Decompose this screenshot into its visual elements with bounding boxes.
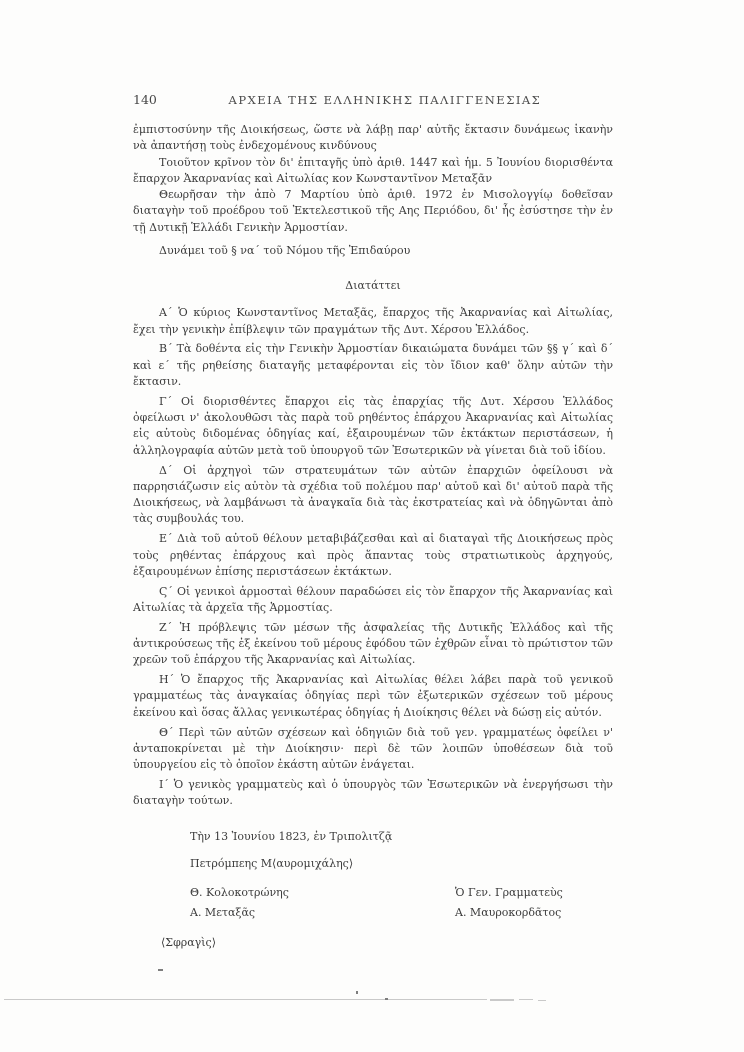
article-d: Δ΄ Οἱ ἀρχηγοὶ τῶν στρατευμάτων τῶν αὐτῶν… <box>133 463 613 528</box>
signature-metaxas: Α. Μεταξᾶς <box>190 905 255 921</box>
scan-speck <box>356 991 358 994</box>
article-e-label: Ε΄ <box>159 532 173 545</box>
article-th: Θ΄ Περὶ τῶν αὐτῶν σχέσεων καὶ ὁδηγιῶν δι… <box>133 725 613 774</box>
article-d-text: Οἱ ἀρχηγοὶ τῶν στρατευμάτων τῶν αὐτῶν ἐπ… <box>133 464 613 526</box>
decree-heading: Διατάττει <box>133 279 613 292</box>
article-th-text: Περὶ τῶν αὐτῶν σχέσεων καὶ ὁδηγιῶν διὰ τ… <box>133 726 613 772</box>
article-st: Ϛ΄ Οἱ γενικοὶ ἁρμοσταὶ θέλουν παραδώσει … <box>133 584 613 617</box>
scan-line-artifact <box>4 999 487 1000</box>
article-h-text: Ὁ ἔπαρχος τῆς Ἀκαρνανίας καὶ Αἰτωλίας θέ… <box>133 673 613 719</box>
signature-row-1: Θ. Κολοκοτρώνης Ὁ Γεν. Γραμματεὺς <box>133 885 613 901</box>
article-h: Η΄ Ὁ ἔπαρχος τῆς Ἀκαρνανίας καὶ Αἰτωλίας… <box>133 672 613 721</box>
article-b: Β΄ Τὰ δοθέντα εἰς τὴν Γενικὴν Ἁρμοστίαν … <box>133 341 613 390</box>
signature-kolokotronis: Θ. Κολοκοτρώνης <box>190 885 289 901</box>
article-st-text: Οἱ γενικοὶ ἁρμοσταὶ θέλουν παραδώσει εἰς… <box>133 585 613 614</box>
article-h-label: Η΄ <box>159 673 174 686</box>
article-e: Ε΄ Διὰ τοῦ αὐτοῦ θέλουν μεταβιβάζεσθαι κ… <box>133 531 613 580</box>
preamble-paragraph-2: Τοιοῦτον κρῖνον τὸν δι' ἐπιταγῆς ὑπὸ ἀρι… <box>133 155 613 188</box>
article-i-label: Ι΄ <box>159 778 169 791</box>
article-g-label: Γ΄ <box>159 395 172 408</box>
article-z-text: Ἡ πρόβλεψις τῶν μέσων τῆς ἀσφαλείας τῆς … <box>133 621 613 667</box>
seal-note: ⟨Σφραγὶς⟩ <box>133 935 613 951</box>
article-b-label: Β΄ <box>159 342 173 355</box>
article-d-label: Δ΄ <box>159 464 172 477</box>
scan-line-artifact <box>490 999 514 1001</box>
article-i: Ι΄ Ὁ γενικὸς γραμματεὺς καὶ ὁ ὑπουργὸς τ… <box>133 777 613 810</box>
date-place-line: Τὴν 13 Ἰουνίου 1823, ἐν Τριπολιτζᾷ <box>133 829 613 845</box>
article-a-text: Ὁ κύριος Κωνσταντῖνος Μεταξᾶς, ἔπαρχος τ… <box>133 306 613 335</box>
scan-line-artifact <box>519 999 533 1000</box>
signature-mavrokordatos: Α. Μαυροκορδᾶτος <box>455 905 613 921</box>
preamble-paragraph-1: ἐμπιστοσύνην τῆς Διοικήσεως, ὥστε νὰ λάβ… <box>133 122 613 155</box>
article-st-label: Ϛ΄ <box>159 585 173 598</box>
article-i-text: Ὁ γενικὸς γραμματεὺς καὶ ὁ ὑπουργὸς τῶν … <box>133 778 613 807</box>
article-e-text: Διὰ τοῦ αὐτοῦ θέλουν μεταβιβάζεσθαι καὶ … <box>133 532 613 578</box>
preamble-paragraph-3: Θεωρῆσαν τὴν ἀπὸ 7 Μαρτίου ὑπὸ ἀριθ. 197… <box>133 187 613 236</box>
signature-row-2: Α. Μεταξᾶς Α. Μαυροκορδᾶτος <box>133 905 613 921</box>
article-a: Α΄ Ὁ κύριος Κωνσταντῖνος Μεταξᾶς, ἔπαρχο… <box>133 305 613 338</box>
scan-speck <box>385 998 388 1000</box>
scan-line-artifact <box>538 1000 546 1001</box>
preamble-paragraph-4: Δυνάμει τοῦ § να΄ τοῦ Νόμου τῆς Ἐπιδαύρο… <box>133 243 613 259</box>
article-b-text: Τὰ δοθέντα εἰς τὴν Γενικὴν Ἁρμοστίαν δικ… <box>133 342 613 388</box>
signature-gen-secretary-title: Ὁ Γεν. Γραμματεὺς <box>455 885 613 901</box>
page-number: 140 <box>133 92 157 107</box>
article-th-label: Θ΄ <box>159 726 174 739</box>
article-z: Ζ΄ Ἡ πρόβλεψις τῶν μέσων τῆς ἀσφαλείας τ… <box>133 620 613 669</box>
running-title: ΑΡΧΕΙΑ ΤΗΣ ΕΛΛΗΝΙΚΗΣ ΠΑΛΙΓΓΕΝΕΣΙΑΣ <box>157 93 613 107</box>
scan-speck <box>158 969 163 971</box>
page-header: 140 ΑΡΧΕΙΑ ΤΗΣ ΕΛΛΗΝΙΚΗΣ ΠΑΛΙΓΓΕΝΕΣΙΑΣ <box>133 92 613 107</box>
text-column: 140 ΑΡΧΕΙΑ ΤΗΣ ΕΛΛΗΝΙΚΗΣ ΠΑΛΙΓΓΕΝΕΣΙΑΣ ἐ… <box>133 92 613 951</box>
scanned-document-page: 140 ΑΡΧΕΙΑ ΤΗΣ ΕΛΛΗΝΙΚΗΣ ΠΑΛΙΓΓΕΝΕΣΙΑΣ ἐ… <box>0 0 744 1052</box>
article-g-text: Οἱ διορισθέντες ἔπαρχοι εἰς τὰς ἐπαρχίας… <box>133 395 613 457</box>
article-g: Γ΄ Οἱ διορισθέντες ἔπαρχοι εἰς τὰς ἐπαρχ… <box>133 394 613 459</box>
signature-petrobeys: Πετρόμπεης Μ⟨αυρομιχάλης⟩ <box>133 856 613 872</box>
article-z-label: Ζ΄ <box>159 621 172 634</box>
article-a-label: Α΄ <box>159 306 172 319</box>
